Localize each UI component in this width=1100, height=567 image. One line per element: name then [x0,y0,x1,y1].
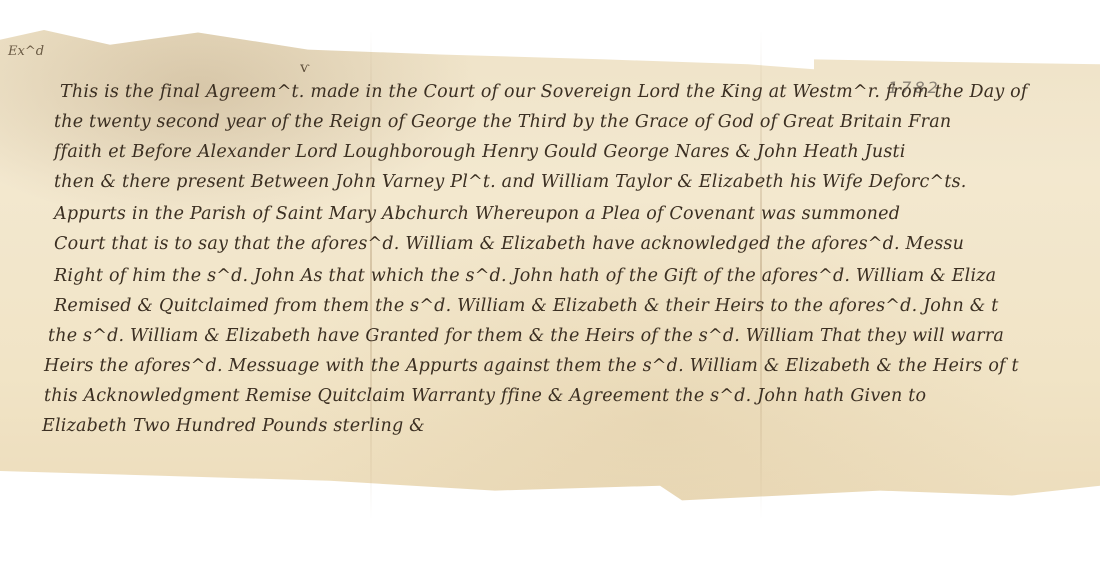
text-line: This is the final Agreem^t. made in the … [60,82,1028,102]
text-line: Heirs the afores^d. Messuage with the Ap… [44,356,1019,376]
text-line: ffaith et Before Alexander Lord Loughbor… [54,142,906,162]
text-line: the twenty second year of the Reign of G… [54,112,951,132]
text-line: Court that is to say that the afores^d. … [54,234,964,254]
text-line: this Acknowledgment Remise Quitclaim War… [44,386,926,406]
text-line: the s^d. William & Elizabeth have Grante… [48,326,1004,346]
text-line: then & there present Between John Varney… [54,172,967,192]
corner-notation: Ex^d [8,44,44,59]
tick-mark: ѵ [300,60,310,76]
text-line: Remised & Quitclaimed from them the s^d.… [54,296,999,316]
text-line: Elizabeth Two Hundred Pounds sterling & [42,416,425,436]
text-line: Right of him the s^d. John As that which… [54,266,996,286]
text-line: Appurts in the Parish of Saint Mary Abch… [54,204,900,224]
